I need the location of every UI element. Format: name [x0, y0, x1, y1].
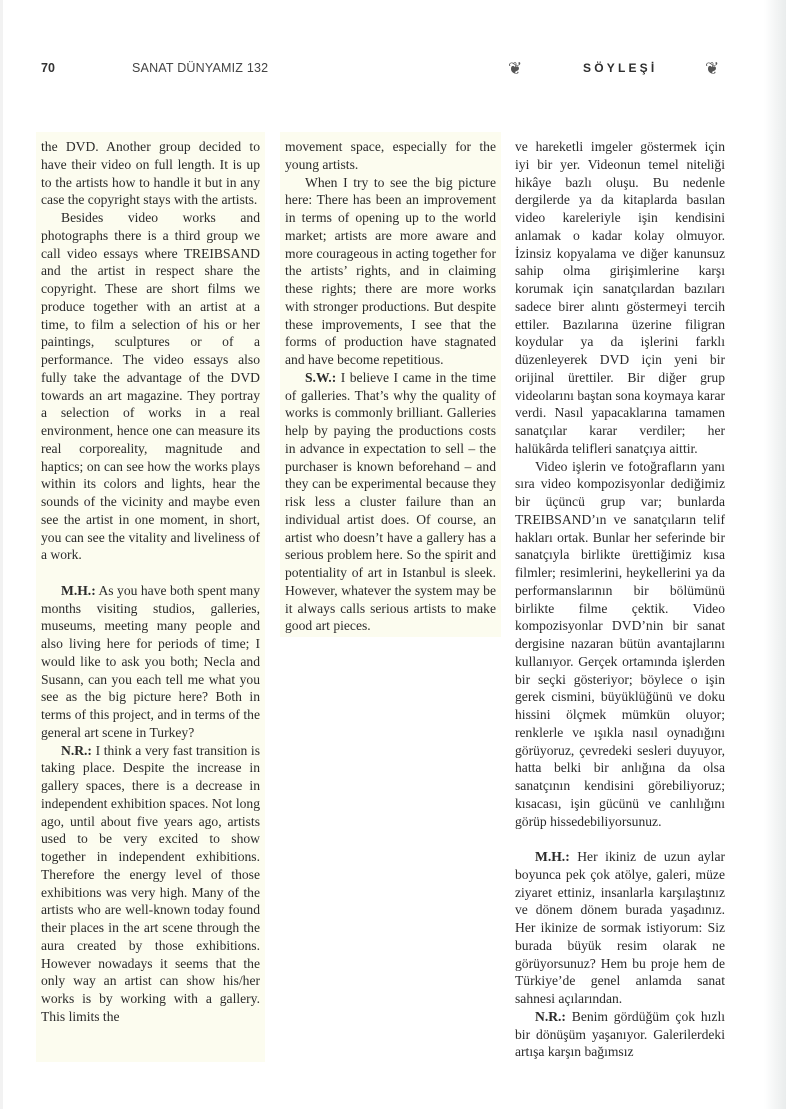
- page-left-edge: [0, 0, 3, 1109]
- paragraph: N.R.: I think a very fast transition is …: [41, 742, 260, 1026]
- paragraph-text: Video işlerin ve fotoğrafların yanı sıra…: [515, 459, 725, 829]
- decorative-scroll-icon: ❦: [508, 56, 522, 82]
- paragraph-text: When I try to see the big picture here: …: [285, 175, 496, 368]
- speaker-label: S.W.:: [305, 370, 336, 385]
- speaker-label: M.H.:: [61, 583, 96, 598]
- paragraph: the DVD. Another group decided to have t…: [41, 138, 260, 209]
- paragraph: M.H.: Her ikiniz de uzun aylar boyunca p…: [515, 848, 725, 1008]
- decorative-scroll-icon: ❦: [705, 56, 719, 82]
- paragraph: movement space, especially for the young…: [285, 138, 496, 174]
- paragraph-text: movement space, especially for the young…: [285, 139, 496, 172]
- paragraph: N.R.: Benim gördüğüm çok hızlı bir dönüş…: [515, 1008, 725, 1061]
- speaker-label: N.R.:: [61, 743, 92, 758]
- speaker-label: M.H.:: [535, 849, 570, 864]
- speaker-label: N.R.:: [535, 1009, 566, 1024]
- paragraph-text: I think a very fast transition is taking…: [41, 743, 260, 1024]
- paragraph-text: As you have both spent many months visit…: [41, 583, 260, 740]
- paragraph-text: the DVD. Another group decided to have t…: [41, 139, 260, 207]
- paragraph-text: ve hareketli imgeler göstermek için iyi …: [515, 139, 725, 456]
- paragraph: When I try to see the big picture here: …: [285, 174, 496, 369]
- paragraph-text: Besides video works and photographs ther…: [41, 210, 260, 562]
- section-title: SÖYLEŞİ: [583, 61, 657, 75]
- paragraph-text: I believe I came in the time of gallerie…: [285, 370, 496, 634]
- page-gutter-shadow: [764, 0, 786, 1109]
- paragraph: Besides video works and photographs ther…: [41, 209, 260, 564]
- text-column-1: the DVD. Another group decided to have t…: [41, 138, 260, 1026]
- magazine-title: SANAT DÜNYAMIZ 132: [132, 61, 268, 75]
- paragraph: ve hareketli imgeler göstermek için iyi …: [515, 138, 725, 458]
- text-column-3: ve hareketli imgeler göstermek için iyi …: [515, 138, 725, 1061]
- paragraph: Video işlerin ve fotoğrafların yanı sıra…: [515, 458, 725, 831]
- paragraph: M.H.: As you have both spent many months…: [41, 582, 260, 742]
- paragraph: S.W.: I believe I came in the time of ga…: [285, 369, 496, 635]
- text-column-2: movement space, especially for the young…: [285, 138, 496, 635]
- paragraph-text: Her ikiniz de uzun aylar boyunca pek çok…: [515, 849, 725, 1006]
- page-header: 70 SANAT DÜNYAMIZ 132 ❦ SÖYLEŞİ ❦: [0, 56, 786, 84]
- page-number: 70: [41, 61, 55, 75]
